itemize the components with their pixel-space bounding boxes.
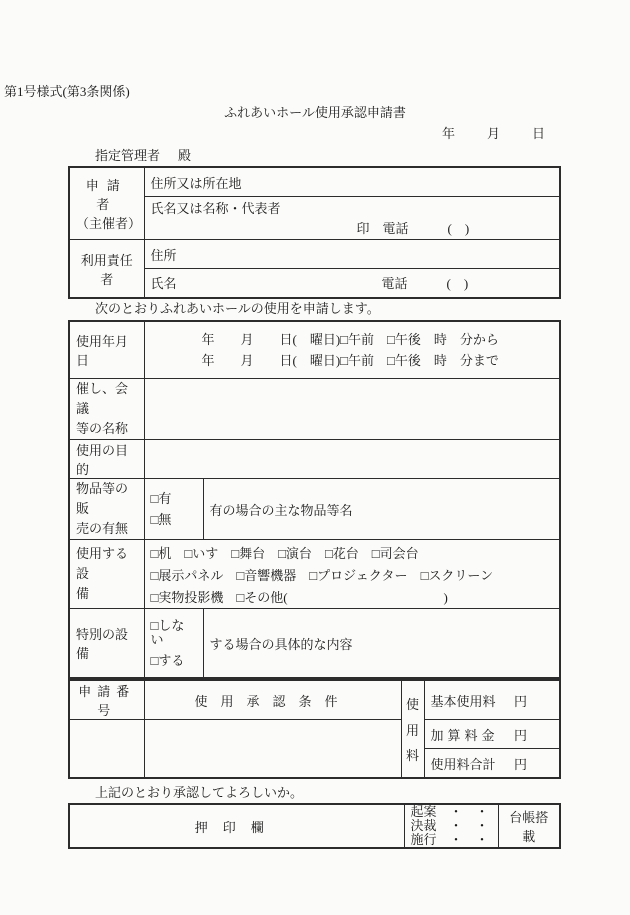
special-no-checkbox[interactable]: □しない	[151, 619, 197, 647]
equipment-screen-checkbox[interactable]: □スクリーン	[421, 568, 494, 583]
equipment-visualizer-checkbox[interactable]: □実物投影機	[151, 590, 224, 605]
approval-conditions-label: 使用承認条件	[194, 694, 350, 709]
equipment-podium-checkbox[interactable]: □演台	[278, 546, 312, 561]
manager-address-field[interactable]: 住所	[144, 240, 560, 269]
event-name-field[interactable]	[144, 379, 560, 440]
special-detail-field[interactable]: する場合の具体的な内容	[203, 609, 560, 679]
usage-table: 使用年月日 年 月 日( 曜日)□午前 □午後 時 分から 年 月 日( 曜日)…	[68, 320, 561, 679]
goods-sale-options-cell: □有 □無	[144, 479, 203, 540]
equipment-mc-table-checkbox[interactable]: □司会台	[372, 546, 419, 561]
addressee-honorific: 殿	[178, 148, 191, 163]
equipment-panel-checkbox[interactable]: □展示パネル	[151, 568, 224, 583]
approval-caption: 上記のとおり承認してよろしいか。	[95, 785, 561, 800]
approval-table: 申請番号 使用承認条件 使 用 料 基本使用料 円	[68, 679, 561, 779]
goods-detail-field[interactable]: 有の場合の主な物品等名	[203, 479, 560, 540]
applicant-address-label: 住所又は所在地	[151, 176, 242, 191]
goods-yes-checkbox[interactable]: □有	[151, 492, 197, 506]
seal-table: 押印欄 起案 ・ ・ 決裁 ・ ・ 施行 ・ ・ 台帳搭載	[68, 803, 561, 849]
manager-address-label: 住所	[151, 248, 177, 263]
applicant-label-cell: 申請者 （主催者）	[69, 167, 144, 240]
usage-date-from[interactable]: 年 月 日( 曜日)□午前 □午後 時 分から	[151, 329, 554, 350]
total-fee-unit: 円	[514, 754, 527, 773]
applicant-sublabel: （主催者）	[76, 216, 141, 231]
equipment-options-cell: □机 □いす □舞台 □演台 □花台 □司会台 □展示パネル □音響機器 □プロ…	[144, 540, 560, 609]
additional-fee-field[interactable]: 加算料金 円	[424, 720, 560, 749]
usage-date-label: 使用年月日	[69, 321, 144, 379]
equipment-other-checkbox[interactable]: □その他( )	[236, 590, 448, 605]
ledger-entry-label: 台帳搭載	[509, 810, 548, 844]
special-equipment-label: 特別の設備	[69, 609, 144, 679]
usage-fee-vertical-label-cell: 使 用 料	[401, 680, 424, 778]
draft-date-line: 起案 ・ ・	[411, 805, 492, 819]
addressee-label: 指定管理者	[95, 148, 160, 163]
goods-sale-label: 物品等の販 売の有無	[76, 481, 128, 536]
day-label: 日	[532, 126, 545, 141]
basic-fee-label: 基本使用料	[431, 691, 496, 710]
purpose-field[interactable]	[144, 440, 560, 479]
request-caption: 次のとおりふれあいホールの使用を申請します。	[95, 301, 561, 316]
goods-detail-note: 有の場合の主な物品等名	[210, 503, 353, 518]
event-name-label: 催し、会議 等の名称	[76, 381, 128, 436]
equipment-desk-checkbox[interactable]: □机	[151, 546, 172, 561]
purpose-label: 使用の目的	[69, 440, 144, 479]
total-fee-label: 使用料合計	[431, 754, 496, 773]
seal-area-label: 押印欄	[195, 820, 279, 835]
usage-fee-char-1: 使	[406, 694, 419, 713]
month-label: 月	[487, 126, 500, 141]
equipment-projector-checkbox[interactable]: □プロジェクター	[309, 568, 407, 583]
page-title: ふれあいホール使用承認申請書	[0, 105, 630, 120]
year-label: 年	[442, 126, 455, 141]
addressee-line: 指定管理者殿	[95, 148, 561, 163]
applicant-name-label: 氏名又は名称・代表者	[151, 198, 554, 217]
special-options-cell: □しない □する	[144, 609, 203, 679]
manager-phone-line: 電話 ( )	[382, 275, 469, 293]
date-line: 年 月 日	[68, 126, 561, 141]
seal-area[interactable]: 押印欄	[69, 804, 404, 848]
form-number: 第1号様式(第3条関係)	[4, 0, 630, 99]
additional-fee-label: 加算料金	[431, 725, 499, 744]
special-yes-checkbox[interactable]: □する	[151, 654, 197, 668]
usage-fee-char-2: 用	[406, 720, 419, 739]
applicant-name-field[interactable]: 氏名又は名称・代表者 印 電話 ( )	[144, 197, 560, 240]
decision-dates-field[interactable]: 起案 ・ ・ 決裁 ・ ・ 施行 ・ ・	[404, 804, 498, 848]
application-number-label: 申請番号	[78, 684, 135, 718]
special-detail-note: する場合の具体的な内容	[210, 637, 353, 652]
manager-name-field[interactable]: 氏名 電話 ( )	[144, 269, 560, 299]
seal-phone-line: 印 電話 ( )	[357, 219, 554, 239]
manager-label: 利用責任者	[81, 253, 133, 287]
applicant-label: 申請者	[86, 178, 128, 212]
equipment-stage-checkbox[interactable]: □舞台	[231, 546, 265, 561]
basic-fee-unit: 円	[514, 691, 527, 710]
equipment-audio-checkbox[interactable]: □音響機器	[236, 568, 296, 583]
equipment-label: 使用する設 備	[76, 546, 128, 601]
usage-fee-char-3: 料	[406, 745, 419, 764]
equipment-flower-stand-checkbox[interactable]: □花台	[325, 546, 359, 561]
application-form-page: 第1号様式(第3条関係) ふれあいホール使用承認申請書 年 月 日 指定管理者殿…	[0, 0, 630, 915]
approval-date-line: 決裁 ・ ・	[411, 819, 492, 833]
approval-conditions-field[interactable]	[144, 720, 401, 779]
applicant-address-field[interactable]: 住所又は所在地	[144, 167, 560, 197]
usage-date-to[interactable]: 年 月 日( 曜日)□午前 □午後 時 分まで	[151, 350, 554, 371]
enforcement-date-line: 施行 ・ ・	[411, 833, 492, 847]
total-fee-field[interactable]: 使用料合計 円	[424, 749, 560, 779]
equipment-chair-checkbox[interactable]: □いす	[184, 546, 218, 561]
goods-no-checkbox[interactable]: □無	[151, 513, 197, 527]
manager-label-cell: 利用責任者	[69, 240, 144, 299]
additional-fee-unit: 円	[514, 725, 527, 744]
usage-date-field[interactable]: 年 月 日( 曜日)□午前 □午後 時 分から 年 月 日( 曜日)□午前 □午…	[144, 321, 560, 379]
application-number-field[interactable]	[69, 720, 144, 779]
ledger-entry-field[interactable]: 台帳搭載	[498, 804, 560, 848]
basic-fee-field[interactable]: 基本使用料 円	[424, 680, 560, 720]
manager-name-label: 氏名	[151, 275, 177, 293]
applicant-table: 申請者 （主催者） 住所又は所在地 氏名又は名称・代表者 印 電話 ( ) 利用…	[68, 166, 561, 299]
